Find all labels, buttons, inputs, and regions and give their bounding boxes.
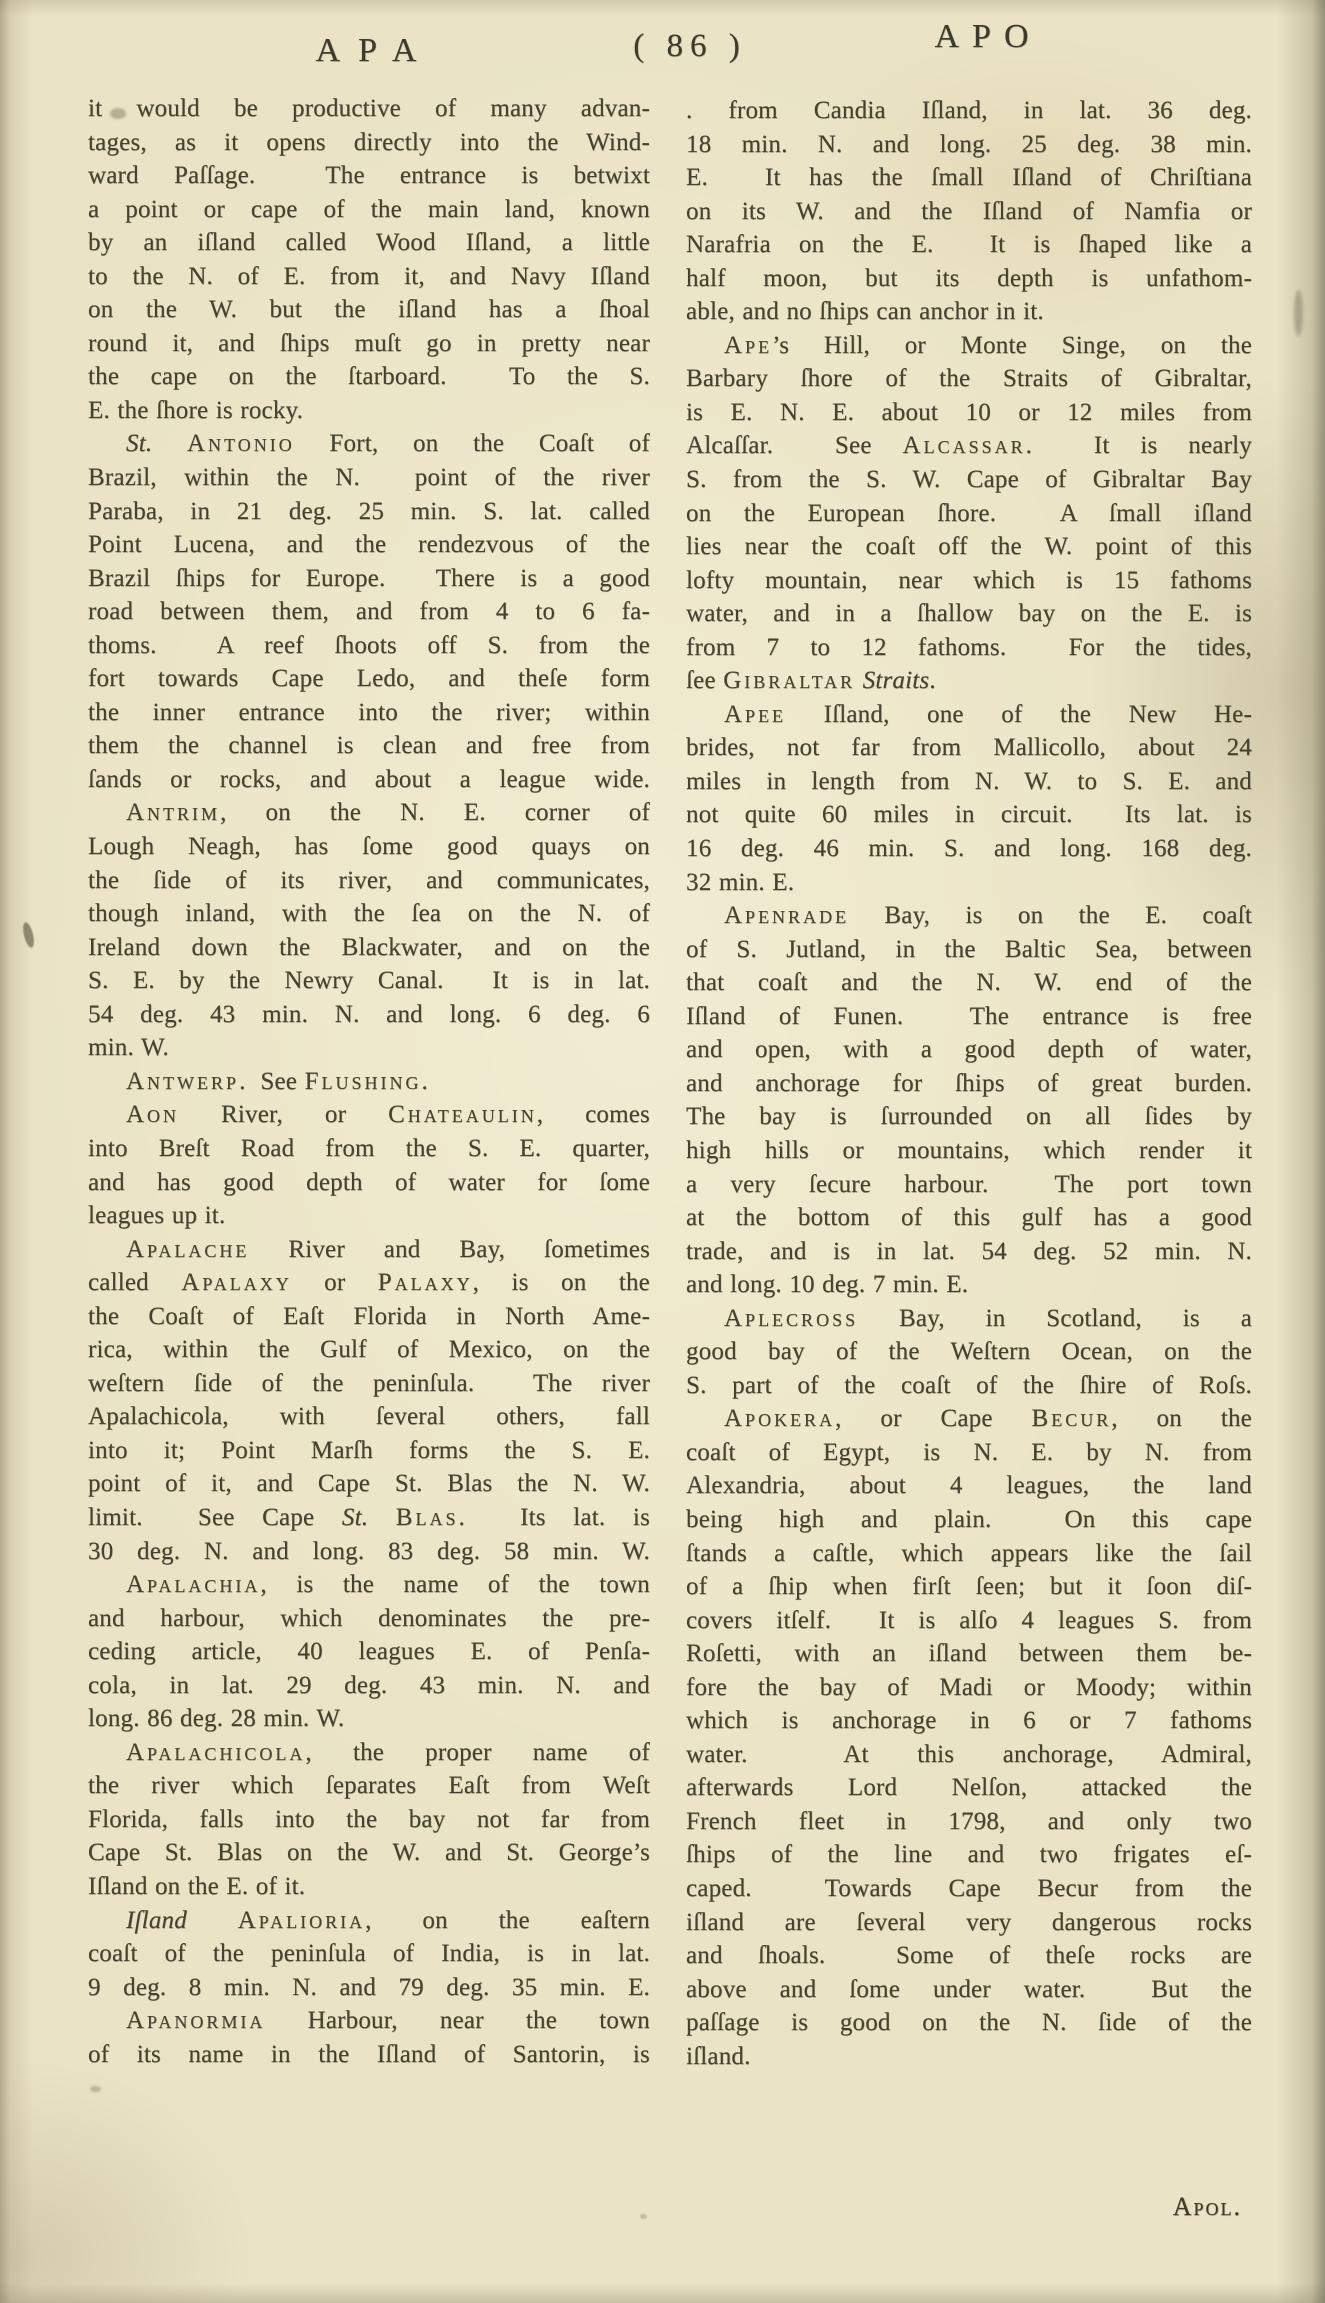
text-line: The bay is ſurrounded on all ſides by bbox=[686, 1100, 1252, 1134]
text-line: is E. N. E. about 10 or 12 miles from bbox=[686, 396, 1252, 430]
text-line: iſland are ſeveral very dangerous rocks bbox=[686, 1906, 1252, 1940]
text-line: 18 min. N. and long. 25 deg. 38 min. bbox=[686, 128, 1252, 162]
text-line: ſtands a caſtle, which appears like the … bbox=[686, 1537, 1252, 1571]
text-line: ſee Gibraltar Straits. bbox=[686, 664, 1252, 698]
text-line: Brazil, within the N. point of the river bbox=[88, 461, 650, 495]
text-line: of S. Jutland, in the Baltic Sea, betwee… bbox=[686, 933, 1252, 967]
text-line: not quite 60 miles in circuit. Its lat. … bbox=[686, 798, 1252, 832]
text-line: and anchorage for ſhips of great burden. bbox=[686, 1067, 1252, 1101]
text-line: on the W. but the iſland has a ſhoal bbox=[88, 293, 650, 327]
text-line: 54 deg. 43 min. N. and long. 6 deg. 6 bbox=[88, 998, 650, 1032]
text-line: that coaſt and the N. W. end of the bbox=[686, 966, 1252, 1000]
text-line: trade, and is in lat. 54 deg. 52 min. N. bbox=[686, 1235, 1252, 1269]
text-line: ſands or rocks, and about a league wide. bbox=[88, 763, 650, 797]
text-line: able, and no ſhips can anchor in it. bbox=[686, 295, 1252, 329]
text-line: at the bottom of this gulf has a good bbox=[686, 1201, 1252, 1235]
text-line: Ape’s Hill, or Monte Singe, on the bbox=[686, 329, 1252, 363]
text-line: to the N. of E. from it, and Navy Iſland bbox=[88, 260, 650, 294]
text-line: and ſhoals. Some of theſe rocks are bbox=[686, 1939, 1252, 1973]
text-line: half moon, but its depth is unfathom- bbox=[686, 262, 1252, 296]
text-line: Apalachicola, the proper name of bbox=[88, 1736, 650, 1770]
text-line: S. from the S. W. Cape of Gibraltar Bay bbox=[686, 463, 1252, 497]
text-line: of its name in the Iſland of Santorin, i… bbox=[88, 2038, 650, 2072]
text-line: fore the bay of Madi or Moody; within bbox=[686, 1671, 1252, 1705]
text-line: the river which ſeparates Eaſt from Weſt bbox=[88, 1769, 650, 1803]
text-line: 16 deg. 46 min. S. and long. 168 deg. bbox=[686, 832, 1252, 866]
text-line: Point Lucena, and the rendezvous of the bbox=[88, 528, 650, 562]
text-line: a very ſecure harbour. The port town bbox=[686, 1168, 1252, 1202]
page-edge-mark bbox=[1294, 290, 1303, 336]
text-line: of a ſhip when firſt ſeen; but it ſoon d… bbox=[686, 1570, 1252, 1604]
text-line: S. part of the coaſt of the ſhire of Roſ… bbox=[686, 1369, 1252, 1403]
text-line: Lough Neagh, has ſome good quays on bbox=[88, 830, 650, 864]
text-line: Paraba, in 21 deg. 25 min. S. lat. calle… bbox=[88, 495, 650, 529]
text-line: the Coaſt of Eaſt Florida in North Ame- bbox=[88, 1300, 650, 1334]
text-line: min. W. bbox=[88, 1031, 650, 1065]
text-line: the cape on the ſtarboard. To the S. bbox=[88, 360, 650, 394]
margin-ink-mark bbox=[21, 921, 36, 948]
text-line: into it; Point Marſh forms the S. E. bbox=[88, 1434, 650, 1468]
page-number: ( 86 ) bbox=[600, 28, 780, 65]
text-line: caped. Towards Cape Becur from the bbox=[686, 1872, 1252, 1906]
text-line: Antwerp. See Flushing. bbox=[88, 1065, 650, 1099]
text-line: it would be productive of many advan- bbox=[88, 92, 650, 126]
text-line: paſſage is good on the N. ſide of the bbox=[686, 2006, 1252, 2040]
text-line: point of it, and Cape St. Blas the N. W. bbox=[88, 1467, 650, 1501]
text-line: Iſland Apalioria, on the eaſtern bbox=[88, 1904, 650, 1938]
text-line: water, and in a ſhallow bay on the E. is bbox=[686, 597, 1252, 631]
text-line: Apokera, or Cape Becur, on the bbox=[686, 1402, 1252, 1436]
catchword: Apol. bbox=[686, 2192, 1242, 2222]
text-line: 32 min. E. bbox=[686, 866, 1252, 900]
text-line: limit. See Cape St. Blas. Its lat. is bbox=[88, 1501, 650, 1535]
running-title-right: APO bbox=[860, 18, 1116, 56]
text-line: called Apalaxy or Palaxy, is on the bbox=[88, 1266, 650, 1300]
text-line: round it, and ſhips muſt go in pretty ne… bbox=[88, 327, 650, 361]
text-line: road between them, and from 4 to 6 fa- bbox=[88, 595, 650, 629]
text-line: lies near the coaſt off the W. point of … bbox=[686, 530, 1252, 564]
text-line: and has good depth of water for ſome bbox=[88, 1166, 650, 1200]
text-line: Apalachia, is the name of the town bbox=[88, 1568, 650, 1602]
ink-speck bbox=[90, 2086, 101, 2092]
text-line: long. 86 deg. 28 min. W. bbox=[88, 1702, 650, 1736]
text-line: and open, with a good depth of water, bbox=[686, 1033, 1252, 1067]
text-line: Narafria on the E. It is ſhaped like a bbox=[686, 228, 1252, 262]
text-line: Iſland of Funen. The entrance is free bbox=[686, 1000, 1252, 1034]
text-line: on the European ſhore. A ſmall iſland bbox=[686, 497, 1252, 531]
text-line: Roſetti, with an iſland between them be- bbox=[686, 1637, 1252, 1671]
book-page: APA ( 86 ) APO it would be productive of… bbox=[0, 0, 1325, 2303]
text-line: Apalache River and Bay, ſometimes bbox=[88, 1233, 650, 1267]
running-title-left: APA bbox=[230, 32, 520, 70]
text-line: tages, as it opens directly into the Win… bbox=[88, 126, 650, 160]
text-line: French fleet in 1798, and only two bbox=[686, 1805, 1252, 1839]
text-line: lofty mountain, near which is 15 fathoms bbox=[686, 564, 1252, 598]
text-line: brides, not far from Mallicollo, about 2… bbox=[686, 731, 1252, 765]
text-line: leagues up it. bbox=[88, 1199, 650, 1233]
text-line: a point or cape of the main land, known bbox=[88, 193, 650, 227]
text-line: Apee Iſland, one of the New He- bbox=[686, 698, 1252, 732]
text-line: covers itſelf. It is alſo 4 leagues S. f… bbox=[686, 1604, 1252, 1638]
ink-speck bbox=[640, 2214, 647, 2219]
text-line: Alexandria, about 4 leagues, the land bbox=[686, 1469, 1252, 1503]
text-line: thoms. A reef ſhoots off S. from the bbox=[88, 629, 650, 663]
text-line: afterwards Lord Nelſon, attacked the bbox=[686, 1771, 1252, 1805]
text-line: Aon River, or Chateaulin, comes bbox=[88, 1098, 650, 1132]
text-line: Apenrade Bay, is on the E. coaſt bbox=[686, 899, 1252, 933]
text-line: them the channel is clean and free from bbox=[88, 729, 650, 763]
text-line: on its W. and the Iſland of Namfia or bbox=[686, 195, 1252, 229]
text-line: ſhips of the line and two frigates eſ- bbox=[686, 1838, 1252, 1872]
text-line: Florida, falls into the bay not far from bbox=[88, 1803, 650, 1837]
text-line: water. At this anchorage, Admiral, bbox=[686, 1738, 1252, 1772]
text-line: weſtern ſide of the peninſula. The river bbox=[88, 1367, 650, 1401]
text-line: . from Candia Iſland, in lat. 36 deg. bbox=[686, 94, 1252, 128]
text-line: fort towards Cape Ledo, and theſe form bbox=[88, 662, 650, 696]
text-line: from 7 to 12 fathoms. For the tides, bbox=[686, 631, 1252, 665]
text-line: Iſland on the E. of it. bbox=[88, 1870, 650, 1904]
text-line: Aplecross Bay, in Scotland, is a bbox=[686, 1302, 1252, 1336]
text-line: the inner entrance into the river; withi… bbox=[88, 696, 650, 730]
text-line: S. E. by the Newry Canal. It is in lat. bbox=[88, 964, 650, 998]
text-line: being high and plain. On this cape bbox=[686, 1503, 1252, 1537]
text-line: Apalachicola, with ſeveral others, fall bbox=[88, 1400, 650, 1434]
text-line: Cape St. Blas on the W. and St. George’s bbox=[88, 1836, 650, 1870]
text-line: Ireland down the Blackwater, and on the bbox=[88, 931, 650, 965]
text-column-right: . from Candia Iſland, in lat. 36 deg.18 … bbox=[686, 94, 1252, 2073]
text-line: coaſt of Egypt, is N. E. by N. from bbox=[686, 1436, 1252, 1470]
text-line: Brazil ſhips for Europe. There is a good bbox=[88, 562, 650, 596]
text-line: ward Paſſage. The entrance is betwixt bbox=[88, 159, 650, 193]
text-line: and long. 10 deg. 7 min. E. bbox=[686, 1268, 1252, 1302]
text-line: the ſide of its river, and communicates, bbox=[88, 864, 650, 898]
text-line: high hills or mountains, which render it bbox=[686, 1134, 1252, 1168]
text-line: rica, within the Gulf of Mexico, on the bbox=[88, 1333, 650, 1367]
text-line: into Breſt Road from the S. E. quarter, bbox=[88, 1132, 650, 1166]
text-line: by an iſland called Wood Iſland, a littl… bbox=[88, 226, 650, 260]
text-line: ceding article, 40 leagues E. of Penſa- bbox=[88, 1635, 650, 1669]
text-column-left: it would be productive of many advan-tag… bbox=[88, 92, 650, 2071]
text-line: Apanormia Harbour, near the town bbox=[88, 2004, 650, 2038]
text-line: coaſt of the peninſula of India, is in l… bbox=[88, 1937, 650, 1971]
text-line: E. It has the ſmall Iſland of Chriſtiana bbox=[686, 161, 1252, 195]
text-line: 9 deg. 8 min. N. and 79 deg. 35 min. E. bbox=[88, 1971, 650, 2005]
text-line: 30 deg. N. and long. 83 deg. 58 min. W. bbox=[88, 1535, 650, 1569]
text-line: E. the ſhore is rocky. bbox=[88, 394, 650, 428]
text-line: good bay of the Weſtern Ocean, on the bbox=[686, 1335, 1252, 1369]
text-line: which is anchorage in 6 or 7 fathoms bbox=[686, 1704, 1252, 1738]
text-line: above and ſome under water. But the bbox=[686, 1973, 1252, 2007]
text-line: cola, in lat. 29 deg. 43 min. N. and bbox=[88, 1669, 650, 1703]
text-line: Antrim, on the N. E. corner of bbox=[88, 796, 650, 830]
text-line: Alcaſſar. See Alcassar. It is nearly bbox=[686, 429, 1252, 463]
text-line: iſland. bbox=[686, 2040, 1252, 2074]
text-line: Barbary ſhore of the Straits of Gibralta… bbox=[686, 362, 1252, 396]
text-line: and harbour, which denominates the pre- bbox=[88, 1602, 650, 1636]
text-line: St. Antonio Fort, on the Coaſt of bbox=[88, 427, 650, 461]
text-line: miles in length from N. W. to S. E. and bbox=[686, 765, 1252, 799]
text-line: though inland, with the ſea on the N. of bbox=[88, 897, 650, 931]
